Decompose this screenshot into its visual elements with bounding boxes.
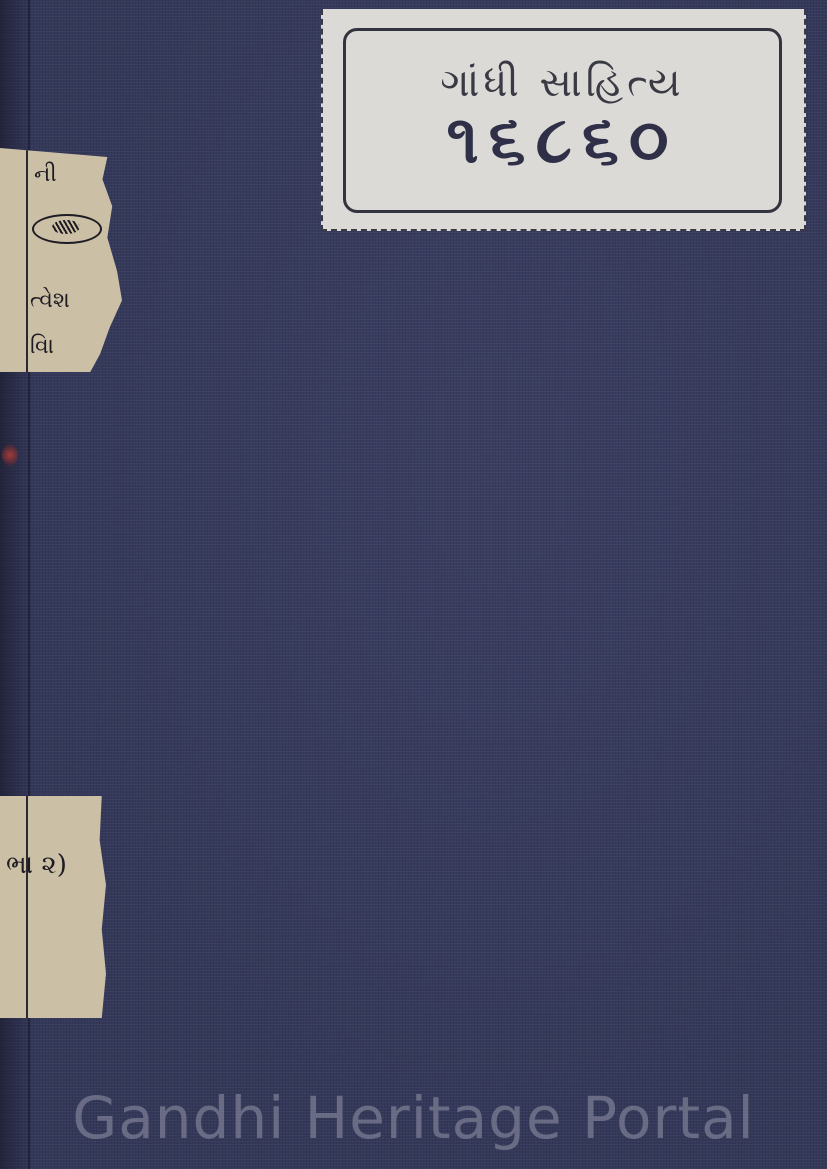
spine-text-line: ત્વેશ: [30, 288, 70, 313]
eye-drawing-icon: [32, 214, 102, 244]
volume-mark: ભા ૨): [6, 850, 67, 881]
spine-label-bottom: ભા ૨): [0, 796, 106, 1018]
library-label: ગાંધી સાહિત્ય ૧૬૮૬૦: [321, 9, 806, 231]
spine-fold: [26, 796, 28, 1018]
watermark: Gandhi Heritage Portal: [0, 1084, 827, 1152]
spine-text-line: ની: [34, 162, 57, 187]
stain-mark: [2, 444, 18, 466]
label-frame: ગાંધી સાહિત્ય ૧૬૮૬૦: [343, 28, 782, 213]
spine-text-line: વિા: [30, 334, 54, 359]
book-cover: ગાંધી સાહિત્ય ૧૬૮૬૦ ની ત્વેશ વિા ભા ૨) G…: [0, 0, 827, 1169]
accession-number: ૧૬૮૬૦: [446, 107, 678, 173]
spine-fold: [26, 148, 28, 372]
spine-label-top: ની ત્વેશ વિા: [0, 148, 122, 372]
label-title: ગાંધી સાહિત્ય: [440, 63, 684, 103]
